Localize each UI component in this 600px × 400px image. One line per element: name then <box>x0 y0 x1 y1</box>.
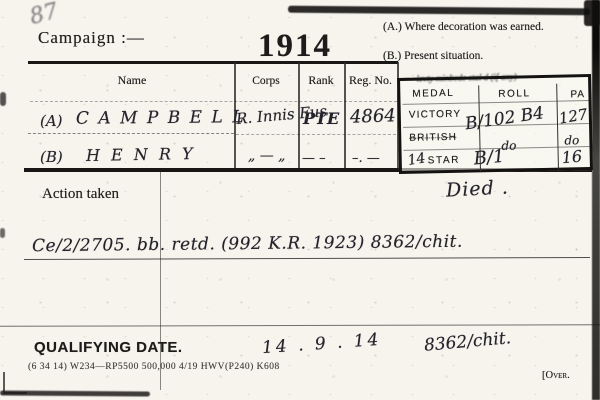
medal-box-header-medal: MEDAL <box>412 88 454 100</box>
action-entry-handwriting: Ce/2/2705. bb. retd. (992 K.R. 1923) 836… <box>32 232 463 257</box>
row-a-underline <box>28 133 234 134</box>
row-b-corps-ditto: „ — „ <box>248 148 285 164</box>
action-vertical-divider <box>160 172 161 390</box>
column-header-corps: Corps <box>234 75 298 87</box>
qualifying-date-label: QUALIFYING DATE. <box>34 339 183 356</box>
medal-box-row-line-1 <box>403 100 589 105</box>
star-page-entry: 16 <box>561 147 583 168</box>
campaign-year: 1914 <box>258 28 332 65</box>
medal-row-label-victory: VICTORY <box>409 109 462 121</box>
over-note: [Over. <box>542 370 570 381</box>
medal-box-header-roll: ROLL <box>498 88 530 100</box>
note-present-situation: (B.) Present situation. <box>383 50 483 62</box>
action-entry-underline <box>24 257 590 260</box>
star-roll-entry: B/1 <box>473 146 506 170</box>
bottom-left-corner-bracket <box>3 372 27 394</box>
corner-ink-scribble: 87 <box>27 0 60 30</box>
column-header-rank: Rank <box>298 73 344 88</box>
medal-box-smudged-heading: ··· ··levty minbede stal·d (if any) <box>403 70 589 84</box>
header-rule <box>28 61 398 64</box>
qualifying-date-value: 14 . 9 . 14 <box>261 330 382 358</box>
top-edge-smudge-artifact <box>288 6 590 16</box>
british-page-ditto: do <box>564 133 579 147</box>
row-separator <box>30 101 397 102</box>
row-a-prefix: (A) <box>40 112 63 130</box>
row-a-underline-right <box>236 134 396 135</box>
medal-row-label-british: BRITISH <box>409 132 457 144</box>
row-b-prefix: (B) <box>40 148 63 166</box>
medal-index-card: 87 Campaign :— 1914 (A.) Where decoratio… <box>0 0 600 400</box>
printer-code: (6 34 14) W234—RP5500 500,000 4/19 HWV(P… <box>28 362 280 372</box>
campaign-label: Campaign :— <box>38 28 145 48</box>
right-edge-smudge-artifact <box>592 0 600 400</box>
note-where-decoration-earned: (A.) Where decoration was earned. <box>383 21 544 33</box>
died-annotation: Died . <box>445 176 509 201</box>
chit-annotation: 8362/chit. <box>423 328 512 356</box>
row-a-rank: PTE <box>303 109 339 128</box>
mid-ruled-line <box>0 324 600 327</box>
row-b-rank-ditto: — – <box>302 151 326 166</box>
medal-roll-box: ··· ··levty minbede stal·d (if any) MEDA… <box>397 74 593 174</box>
action-taken-label: Action taken <box>42 186 119 203</box>
row-b-forename: H E N R Y <box>86 144 196 165</box>
victory-roll-entry: B/102 B4 <box>464 103 545 134</box>
medal-box-col-divider-2 <box>556 84 559 170</box>
top-right-corner-artifact <box>584 0 600 26</box>
row-a-surname: C A M P B E L L <box>76 107 246 128</box>
row-a-regno: 4864 <box>350 105 397 128</box>
medal-row-star-prefix: 14 <box>407 150 427 169</box>
medal-box-header-page: PA <box>570 89 585 100</box>
left-edge-mark <box>0 92 6 106</box>
column-header-name: Name <box>30 73 234 88</box>
left-edge-mark <box>0 228 5 238</box>
row-b-regno-ditto: –. — <box>352 151 380 166</box>
column-header-regno: Reg. No. <box>344 73 397 88</box>
medal-row-label-star: STAR <box>428 155 461 167</box>
